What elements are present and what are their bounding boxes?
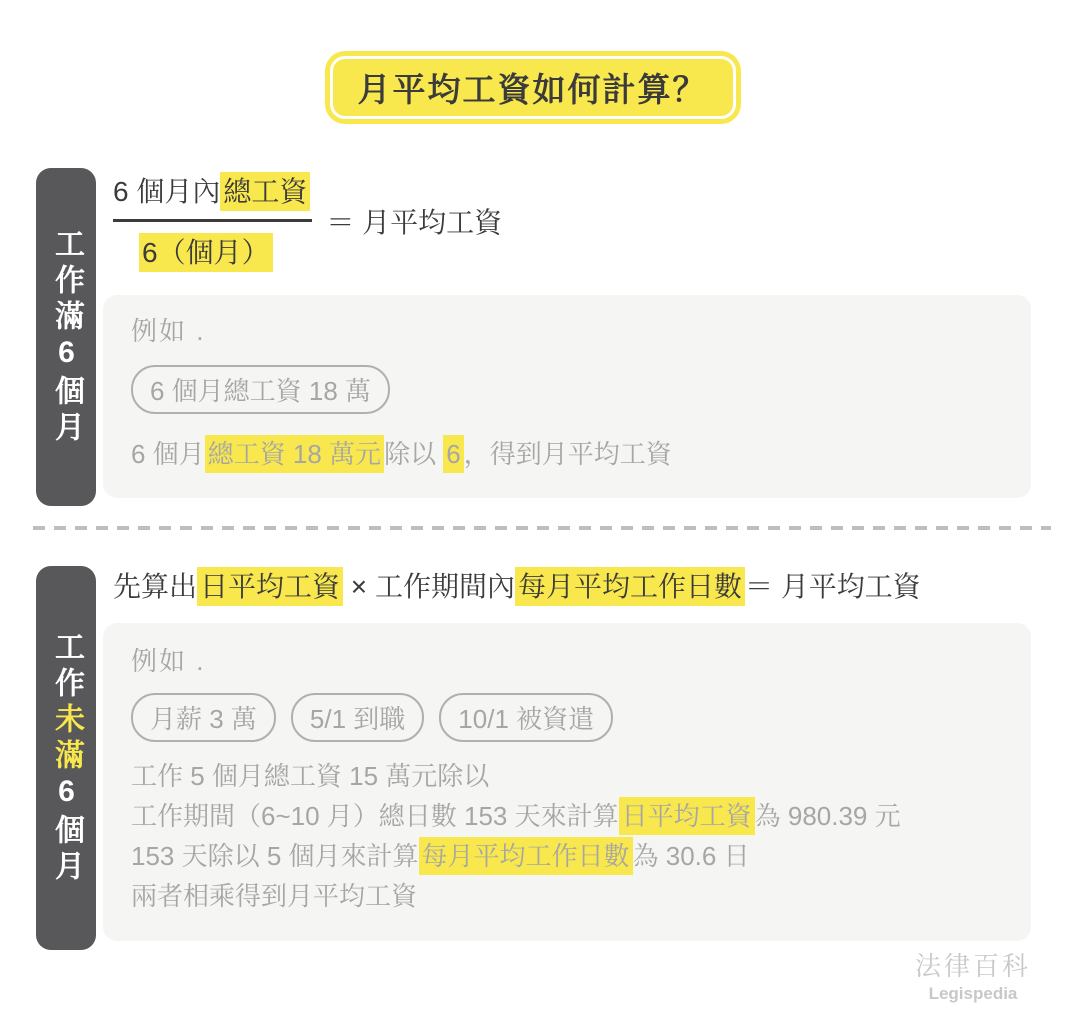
highlighted-text: 總工資 [220,172,310,211]
formula-result: ＝ 月平均工資 [326,201,502,241]
example-text-line: 工作期間（6~10 月）總日數 153 天來計算日平均工資為 980.39 元 [131,796,901,836]
text-part: ，得到月平均工資 [464,439,672,469]
text-part: 6 個月 [131,439,205,469]
sidebar-label-full-6-months: 工作滿6個月 [36,168,96,506]
text-part: 未滿 [44,703,88,775]
example-text-line: 兩者相乘得到月平均工資 [131,876,901,916]
highlighted-text: 日平均工資 [619,797,755,835]
example-label: 例如 . [131,641,205,678]
text-part: 工作期間（6~10 月）總日數 153 天來計算 [131,801,619,831]
example-box-under-6-months: 例如 . 月薪 3 萬5/1 到職10/1 被資遣 工作 5 個月總工資 15 … [103,623,1031,941]
text-part: 工作 [44,631,88,703]
sidebar-label-under-6-months: 工作未滿6個月 [36,566,96,950]
highlighted-text: 每月平均工作日數 [515,567,745,606]
example-text: 6 個月總工資 18 萬元除以 6，得到月平均工資 [131,434,672,471]
highlighted-text: 日平均工資 [197,567,343,606]
formula-under-6-months: 先算出日平均工資 × 工作期間內每月平均工作日數＝ 月平均工資 [113,565,921,605]
highlighted-text: 每月平均工作日數 [419,837,633,875]
highlighted-text: 6 [443,435,463,473]
section-divider-dashed [33,526,1051,530]
example-tag-pill: 月薪 3 萬 [131,693,276,742]
brand-name-english: Legispedia [915,984,1031,1004]
footer-logo: 法律百科 Legispedia [915,946,1031,1004]
fraction-denominator: 6（個月） [139,231,273,271]
example-text-line: 工作 5 個月總工資 15 萬元除以 [131,756,901,796]
example-box-full-6-months: 例如 . 6 個月總工資 18 萬 6 個月總工資 18 萬元除以 6，得到月平… [103,295,1031,498]
highlighted-text: 總工資 18 萬元 [205,435,384,473]
page-title: 月平均工資如何計算？ [330,56,736,119]
fraction: 6 個月內總工資 6（個月） [113,170,312,271]
text-part: 為 30.6 日 [633,841,750,871]
example-tag-pill: 5/1 到職 [291,693,424,742]
brand-name-chinese: 法律百科 [915,946,1031,983]
highlighted-text: 6（個月） [139,233,273,272]
text-part: 為 980.39 元 [755,801,901,831]
formula-full-6-months: 6 個月內總工資 6（個月） ＝ 月平均工資 [113,170,502,271]
text-part: 153 天除以 5 個月來計算 [131,841,419,871]
example-tag-pill: 10/1 被資遣 [439,693,613,742]
text-part: 兩者相乘得到月平均工資 [131,881,417,911]
text-part: × 工作期間內 [343,571,515,602]
example-tag-row: 月薪 3 萬5/1 到職10/1 被資遣 [131,693,613,742]
text-part: 工作 5 個月總工資 15 萬元除以 [131,761,489,791]
example-text-line: 6 個月總工資 18 萬元除以 6，得到月平均工資 [131,434,672,471]
fraction-bar [113,219,312,222]
fraction-numerator: 6 個月內總工資 [113,170,312,219]
example-tag-row: 6 個月總工資 18 萬 [131,365,390,414]
example-text-line: 153 天除以 5 個月來計算每月平均工作日數為 30.6 日 [131,836,901,876]
text-part: 6 個月內 [113,176,220,207]
example-text: 工作 5 個月總工資 15 萬元除以工作期間（6~10 月）總日數 153 天來… [131,756,901,916]
text-part: 除以 [384,439,443,469]
text-part: 工作滿6個月 [44,228,88,447]
example-tag-pill: 6 個月總工資 18 萬 [131,365,390,414]
text-part: 先算出 [113,571,197,602]
title-box: 月平均工資如何計算？ [325,51,741,124]
text-part: 6個月 [44,775,88,886]
infographic-canvas: 月平均工資如何計算？ 工作滿6個月 6 個月內總工資 6（個月） ＝ 月平均工資… [0,0,1065,1019]
text-part: ＝ 月平均工資 [745,571,921,602]
example-label: 例如 . [131,311,205,348]
